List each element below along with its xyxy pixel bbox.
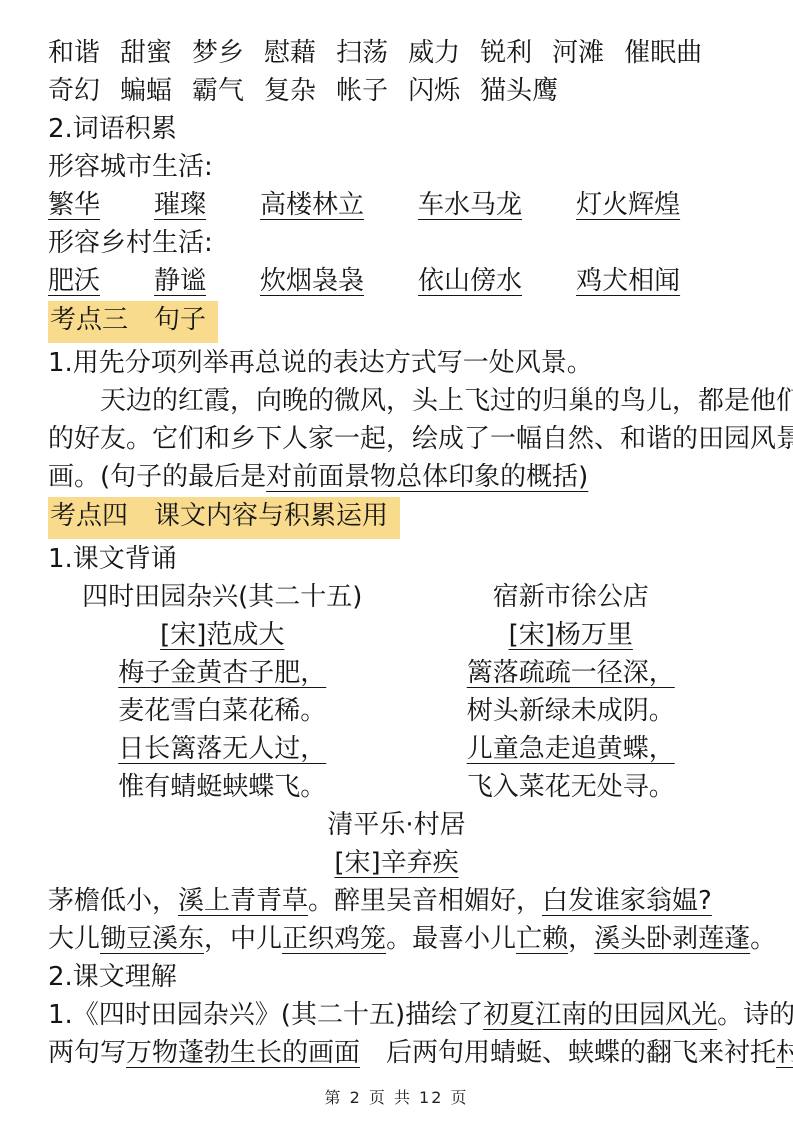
poem-line: 树头新绿未成阴。 bbox=[397, 692, 746, 730]
page-footer: 第 2 页 共 12 页 bbox=[0, 1085, 793, 1108]
poems-block: 四时田园杂兴(其二十五) [宋]范成大 梅子金黄杏子肥， 麦花雪白菜花稀。 日长… bbox=[48, 578, 745, 806]
ci-text: 。最喜小儿 bbox=[386, 924, 516, 954]
understand-text: 1.《四时田园杂兴》(其二十五)描绘了 bbox=[48, 1000, 483, 1030]
ci-text: 茅檐低小， bbox=[48, 886, 178, 916]
paragraph-line: 天边的红霞，向晚的微风，头上飞过的归巢的鸟儿，都是他们 bbox=[48, 382, 745, 420]
vocab-word: 闪烁 bbox=[408, 72, 460, 110]
village-word: 炊烟袅袅 bbox=[260, 262, 364, 300]
kaodian3-item: 1.用先分项列举再总说的表达方式写一处风景。 bbox=[48, 344, 745, 382]
ci-line: 茅檐低小，溪上青青草。醉里吴音相媚好，白发谁家翁媪? bbox=[48, 882, 745, 920]
city-life-label: 形容城市生活: bbox=[48, 148, 745, 186]
understand-line: 两句写万物蓬勃生长的画面 后两句用蜻蜓、蛱蝶的翻飞来衬托村 bbox=[48, 1034, 745, 1072]
ci-text: 。醉里吴音相媚好， bbox=[308, 886, 542, 916]
vocab-word: 蝙蝠 bbox=[120, 72, 172, 110]
vocab-word: 慰藉 bbox=[264, 34, 316, 72]
vocab-word: 威力 bbox=[408, 34, 460, 72]
vocab-word: 奇幻 bbox=[48, 72, 100, 110]
city-word: 璀璨 bbox=[154, 186, 206, 224]
ci-text: ， bbox=[568, 924, 594, 954]
vocab-word: 甜蜜 bbox=[120, 34, 172, 72]
vocab-word: 和谐 bbox=[48, 34, 100, 72]
poem-line: 飞入菜花无处寻。 bbox=[397, 768, 746, 806]
poem-line: 日长篱落无人过， bbox=[48, 730, 397, 768]
ci-text: ，中儿 bbox=[204, 924, 282, 954]
vocab-row-2: 奇幻 蝙蝠 霸气 复杂 帐子 闪烁 猫头鹰 bbox=[48, 72, 745, 110]
ci-underlined-text: 溪上青青草 bbox=[178, 886, 308, 916]
village-word: 静谧 bbox=[154, 262, 206, 300]
ci-underlined-text: 亡赖 bbox=[516, 924, 568, 954]
city-word: 灯火辉煌 bbox=[576, 186, 680, 224]
poem-line: 惟有蜻蜓蛱蝶飞。 bbox=[48, 768, 397, 806]
understand-underlined-text: 村 bbox=[776, 1038, 793, 1068]
understand-text: 。诗的前 bbox=[717, 1000, 793, 1030]
ci-title: 清平乐·村居 bbox=[48, 806, 745, 844]
vocab-word: 扫荡 bbox=[336, 34, 388, 72]
poem-line: 篱落疏疏一径深， bbox=[397, 654, 746, 692]
vocab-word: 河滩 bbox=[552, 34, 604, 72]
section-heading-row: 考点三 句子 bbox=[48, 300, 745, 344]
ci-underlined-text: 白发谁家翁媪? bbox=[542, 886, 712, 916]
understand-underlined-text: 初夏江南的田园风光 bbox=[483, 1000, 717, 1030]
poem-author: [宋]杨万里 bbox=[397, 616, 746, 654]
poem-left-column: 四时田园杂兴(其二十五) [宋]范成大 梅子金黄杏子肥， 麦花雪白菜花稀。 日长… bbox=[48, 578, 397, 806]
paragraph-text: 画。(句子的最后是 bbox=[48, 462, 266, 492]
vocab-word: 锐利 bbox=[480, 34, 532, 72]
city-word: 繁华 bbox=[48, 186, 100, 224]
ci-line: 大儿锄豆溪东，中儿正织鸡笼。最喜小儿亡赖，溪头卧剥莲蓬。 bbox=[48, 920, 745, 958]
ci-underlined-text: 正织鸡笼 bbox=[282, 924, 386, 954]
understand-text: 两句写 bbox=[48, 1038, 126, 1068]
ci-underlined-text: 锄豆溪东 bbox=[100, 924, 204, 954]
recite-label: 1.课文背诵 bbox=[48, 540, 745, 578]
understand-text: 后两句用蜻蜓、蛱蝶的翻飞来衬托 bbox=[360, 1038, 776, 1068]
paragraph-line: 画。(句子的最后是对前面景物总体印象的概括) bbox=[48, 458, 745, 496]
ci-text: 大儿 bbox=[48, 924, 100, 954]
poem-line: 麦花雪白菜花稀。 bbox=[48, 692, 397, 730]
word-accumulation-label: 2.词语积累 bbox=[48, 110, 745, 148]
ci-underlined-text: 溪头卧剥莲蓬 bbox=[594, 924, 750, 954]
poem-line: 儿童急走追黄蝶， bbox=[397, 730, 746, 768]
vocab-word: 猫头鹰 bbox=[480, 72, 558, 110]
ci-text: 。 bbox=[750, 924, 776, 954]
document-page: 和谐 甜蜜 梦乡 慰藉 扫荡 威力 锐利 河滩 催眠曲 奇幻 蝙蝠 霸气 复杂 … bbox=[0, 0, 793, 1122]
understand-underlined-text: 万物蓬勃生长的画面 bbox=[126, 1038, 360, 1068]
city-words-row: 繁华 璀璨 高楼林立 车水马龙 灯火辉煌 bbox=[48, 186, 745, 224]
poem-title: 四时田园杂兴(其二十五) bbox=[48, 578, 397, 616]
city-word: 高楼林立 bbox=[260, 186, 364, 224]
paragraph-underlined-text: 对前面景物总体印象的概括) bbox=[266, 462, 588, 492]
vocab-word: 霸气 bbox=[192, 72, 244, 110]
understand-line: 1.《四时田园杂兴》(其二十五)描绘了初夏江南的田园风光。诗的前 bbox=[48, 996, 745, 1034]
ci-author: [宋]辛弃疾 bbox=[48, 844, 745, 882]
poem-right-column: 宿新市徐公店 [宋]杨万里 篱落疏疏一径深， 树头新绿未成阴。 儿童急走追黄蝶，… bbox=[397, 578, 746, 806]
vocab-row-1: 和谐 甜蜜 梦乡 慰藉 扫荡 威力 锐利 河滩 催眠曲 bbox=[48, 34, 745, 72]
village-word: 鸡犬相闻 bbox=[576, 262, 680, 300]
understand-label: 2.课文理解 bbox=[48, 958, 745, 996]
section-heading-kaodian3: 考点三 句子 bbox=[48, 301, 218, 343]
vocab-word: 催眠曲 bbox=[624, 34, 702, 72]
paragraph-line: 的好友。它们和乡下人家一起，绘成了一幅自然、和谐的田园风景 bbox=[48, 420, 745, 458]
city-word: 车水马龙 bbox=[418, 186, 522, 224]
section-heading-row: 考点四 课文内容与积累运用 bbox=[48, 496, 745, 540]
poem-line: 梅子金黄杏子肥， bbox=[48, 654, 397, 692]
village-word: 肥沃 bbox=[48, 262, 100, 300]
poem-title: 宿新市徐公店 bbox=[397, 578, 746, 616]
village-word: 依山傍水 bbox=[418, 262, 522, 300]
village-life-label: 形容乡村生活: bbox=[48, 224, 745, 262]
vocab-word: 梦乡 bbox=[192, 34, 244, 72]
vocab-word: 复杂 bbox=[264, 72, 316, 110]
section-heading-kaodian4: 考点四 课文内容与积累运用 bbox=[48, 497, 400, 539]
poem-author: [宋]范成大 bbox=[48, 616, 397, 654]
vocab-word: 帐子 bbox=[336, 72, 388, 110]
village-words-row: 肥沃 静谧 炊烟袅袅 依山傍水 鸡犬相闻 bbox=[48, 262, 745, 300]
